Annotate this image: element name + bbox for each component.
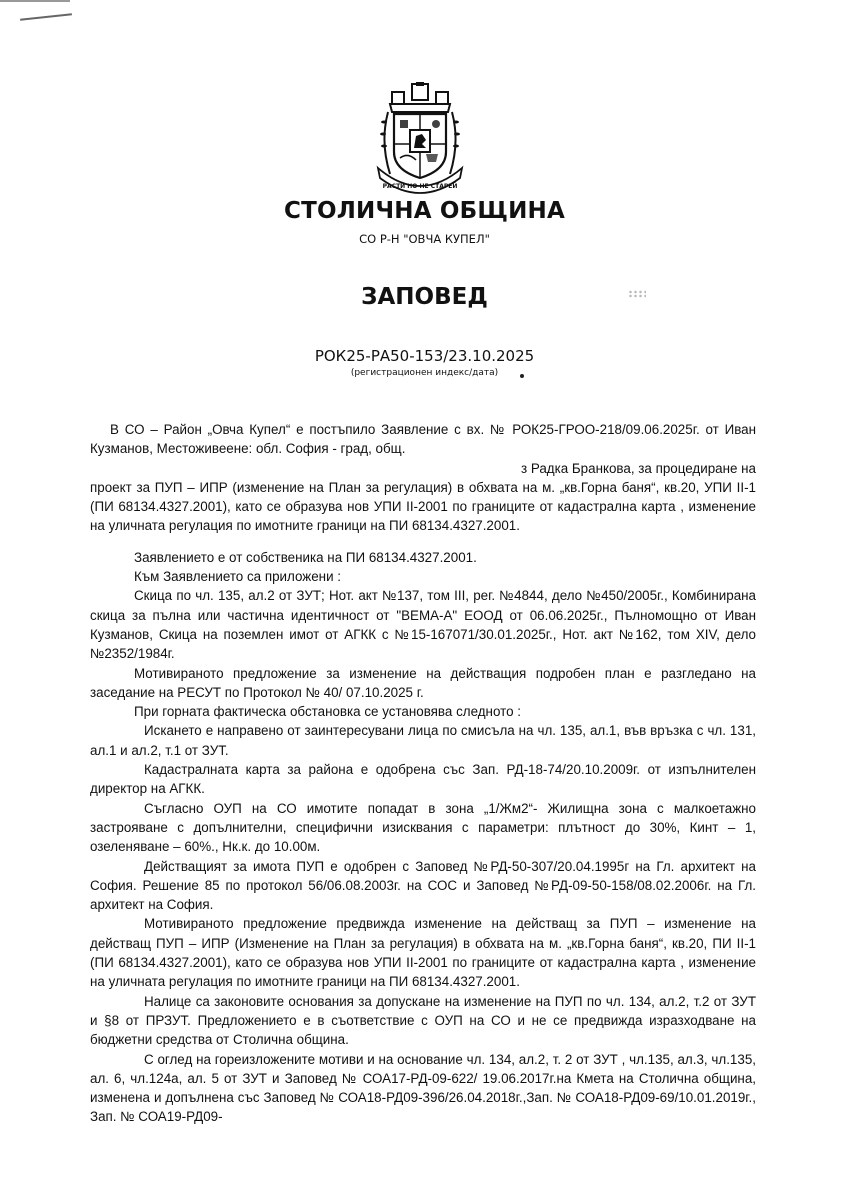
paragraph-application-project: проект за ПУП – ИПР (изменение на План з…: [90, 478, 756, 536]
paragraph-cadastral-map: Кадастралната карта за района е одобрена…: [90, 760, 756, 799]
paragraph-attachments: Скица по чл. 135, ал.2 от ЗУТ; Нот. акт …: [90, 586, 756, 663]
scan-edge-mark: [0, 0, 70, 2]
paragraph-findings-heading: При горната фактическа обстановка се уст…: [90, 702, 756, 721]
scan-speck: [628, 290, 646, 298]
paragraph-attachments-heading: Към Заявлението са приложени :: [90, 567, 756, 586]
paragraph-decision-basis: С оглед на гореизложените мотиви и на ос…: [90, 1050, 756, 1127]
paragraph-application-cont: з Радка Бранкова, за процедиране на: [90, 459, 756, 478]
registration-number: РОК25-РА50-153/23.10.2025: [0, 347, 849, 365]
paragraph-zoning: Съгласно ОУП на СО имотите попадат в зон…: [90, 799, 756, 857]
svg-text:РАСТИ НО НЕ СТАРЕЙ: РАСТИ НО НЕ СТАРЕЙ: [383, 182, 458, 190]
document-body: В СО – Район „Овча Купел“ е постъпило За…: [90, 420, 756, 1127]
paragraph-application: В СО – Район „Овча Купел“ е постъпило За…: [90, 420, 756, 459]
organization-name: СТОЛИЧНА ОБЩИНА: [0, 198, 849, 224]
paragraph-legal-grounds: Налице са законовите основания за допуск…: [90, 992, 756, 1050]
paragraph-proposal: Мотивираното предложение предвижда измен…: [90, 914, 756, 991]
sofia-coat-of-arms-icon: РАСТИ НО НЕ СТАРЕЙ: [370, 82, 470, 200]
registration-caption: (регистрационен индекс/дата): [0, 368, 849, 378]
paragraph-resut: Мотивираното предложение за изменение на…: [90, 664, 756, 703]
scan-pen-mark: [20, 13, 72, 20]
organization-subdivision: СО Р-Н "ОВЧА КУПЕЛ": [0, 232, 849, 246]
paragraph-request: Искането е направено от заинтересувани л…: [90, 721, 756, 760]
paragraph-owner: Заявлението е от собственика на ПИ 68134…: [90, 548, 756, 567]
paragraph-current-plan: Действащият за имота ПУП е одобрен с Зап…: [90, 857, 756, 915]
scan-dot: [520, 374, 524, 378]
document-title: ЗАПОВЕД: [0, 284, 849, 310]
